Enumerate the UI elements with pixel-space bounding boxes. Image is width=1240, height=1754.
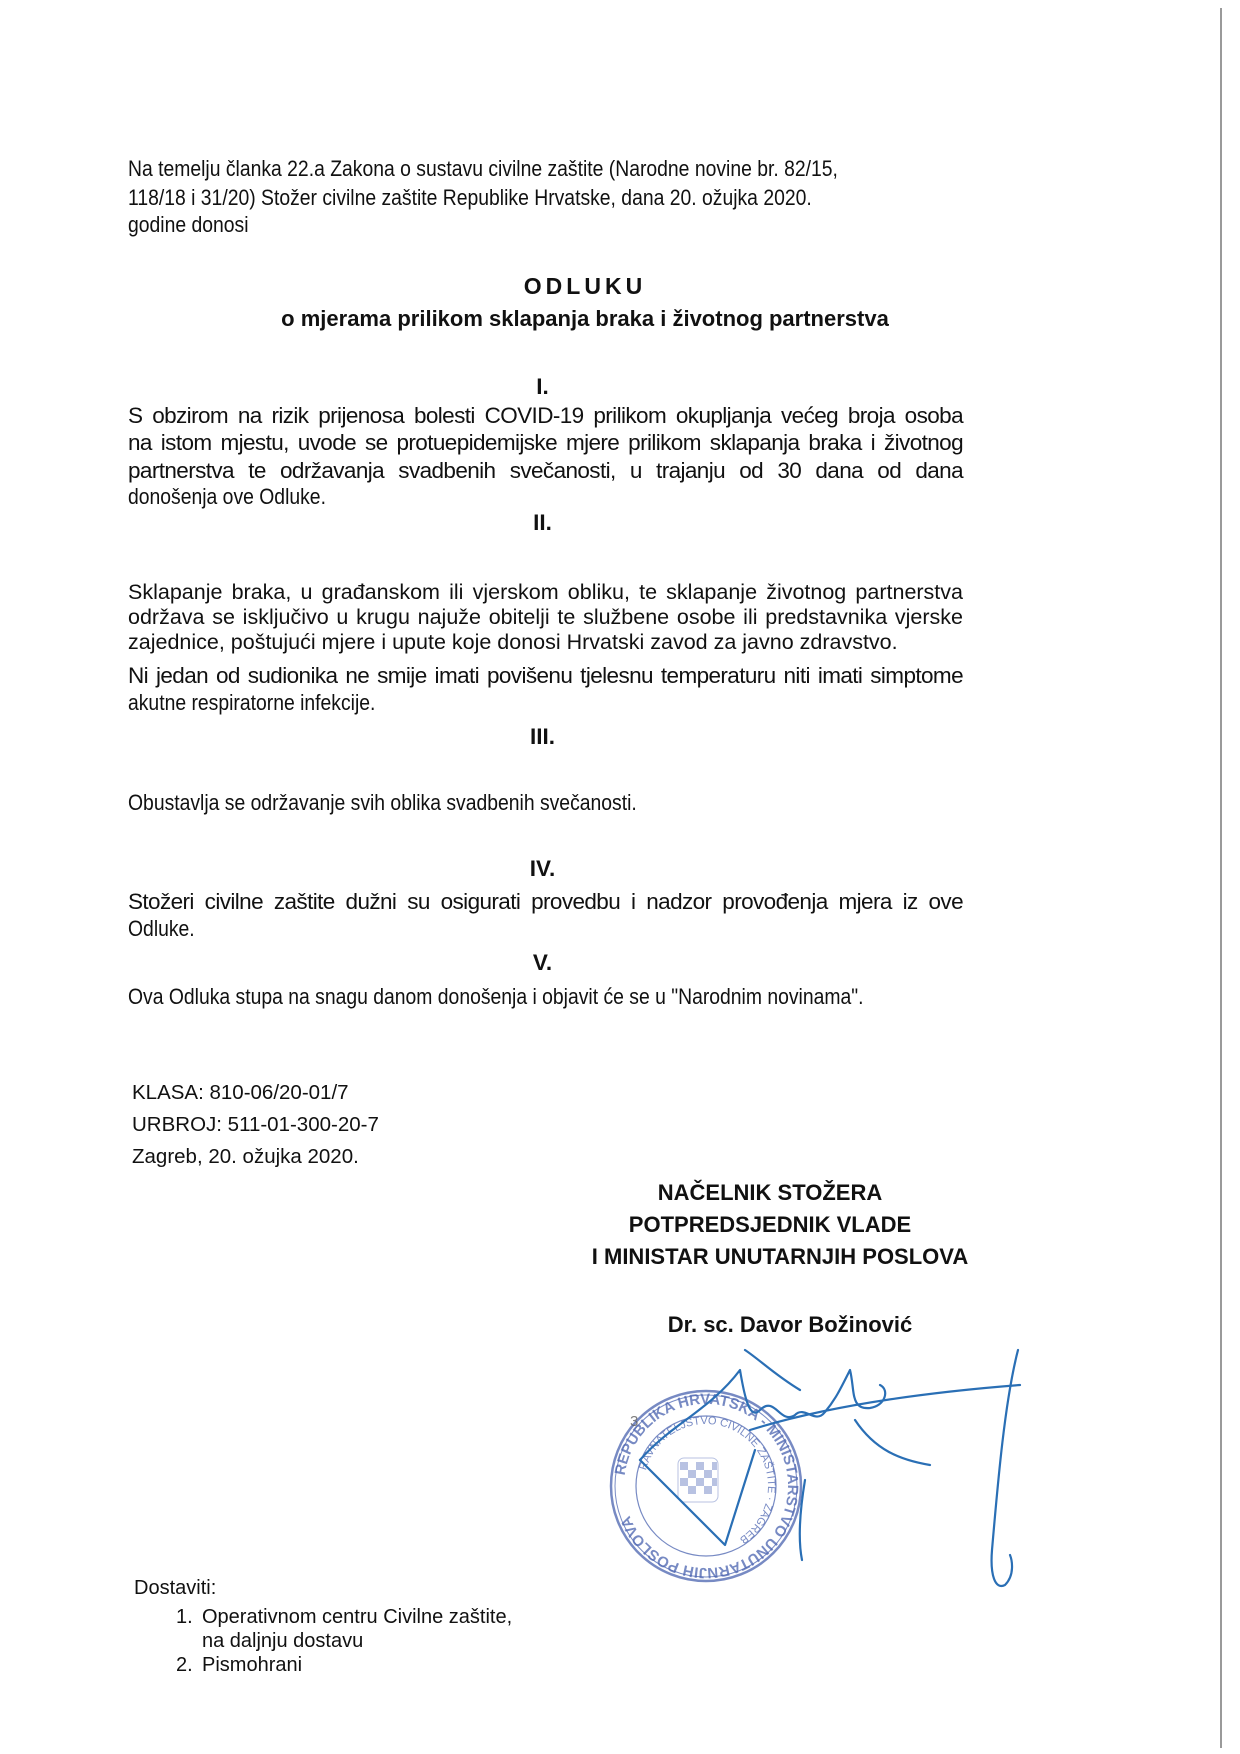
article-2-para-2-line-1: Ni jedan od sudionika ne smije imati pov… [128, 661, 963, 690]
signatory-title-1: NAČELNIK STOŽERA [600, 1180, 940, 1206]
distribution-list: 1. Operativnom centru Civilne zaštite, n… [176, 1605, 512, 1677]
distribution-item-text: Operativnom centru Civilne zaštite, [202, 1606, 512, 1628]
place-date: Zagreb, 20. ožujka 2020. [132, 1142, 359, 1171]
article-4-line-2: Odluke. [128, 914, 195, 943]
article-number-2: II. [520, 508, 565, 537]
article-2-line-3: zajednice, poštujući mjere i upute koje … [128, 628, 898, 657]
article-number-1: I. [520, 372, 565, 401]
distribution-item-text-cont: na daljnju dostavu [202, 1630, 363, 1652]
handwritten-signature [600, 1330, 1120, 1620]
list-number: 1. [176, 1605, 193, 1629]
article-1-line-2: na istom mjestu, uvode se protuepidemijs… [128, 428, 963, 457]
article-4-line-1: Stožeri civilne zaštite dužni su osigura… [128, 887, 963, 916]
preamble-line-3: godine donosi [128, 210, 249, 239]
article-1-line-4: donošenja ove Odluke. [128, 482, 326, 511]
distribution-item: 2. Pismohrani [176, 1653, 512, 1677]
urbroj: URBROJ: 511-01-300-20-7 [132, 1110, 379, 1139]
signatory-title-2: POTPREDSJEDNIK VLADE [600, 1212, 940, 1238]
document-title: ODLUKU [480, 272, 690, 301]
document-page: Na temelju članka 22.a Zakona o sustavu … [0, 0, 1240, 1754]
article-number-3: III. [520, 722, 565, 751]
article-number-4: IV. [520, 854, 565, 883]
signatory-title-3: I MINISTAR UNUTARNJIH POSLOVA [580, 1244, 980, 1270]
klasa: KLASA: 810-06/20-01/7 [132, 1078, 349, 1107]
article-5-line-1: Ova Odluka stupa na snagu danom donošenj… [128, 982, 864, 1011]
article-1-line-1: S obzirom na rizik prijenosa bolesti COV… [128, 401, 963, 430]
article-2-para-2-line-2: akutne respiratorne infekcije. [128, 688, 375, 717]
preamble-line-1: Na temelju članka 22.a Zakona o sustavu … [128, 154, 857, 183]
preamble-line-2: 118/18 i 31/20) Stožer civilne zaštite R… [128, 183, 812, 212]
scan-edge-line [1220, 8, 1222, 1748]
article-3-line-1: Obustavlja se održavanje svih oblika sva… [128, 788, 637, 817]
distribution-item-text: Pismohrani [202, 1654, 302, 1676]
distribution-item: 1. Operativnom centru Civilne zaštite, n… [176, 1605, 512, 1653]
distribution-label: Dostaviti: [134, 1574, 216, 1603]
article-number-5: V. [520, 948, 565, 977]
document-subtitle: o mjerama prilikom sklapanja braka i živ… [230, 304, 940, 333]
article-1-line-3: partnerstva te održavanja svadbenih sveč… [128, 456, 963, 485]
list-number: 2. [176, 1653, 193, 1677]
